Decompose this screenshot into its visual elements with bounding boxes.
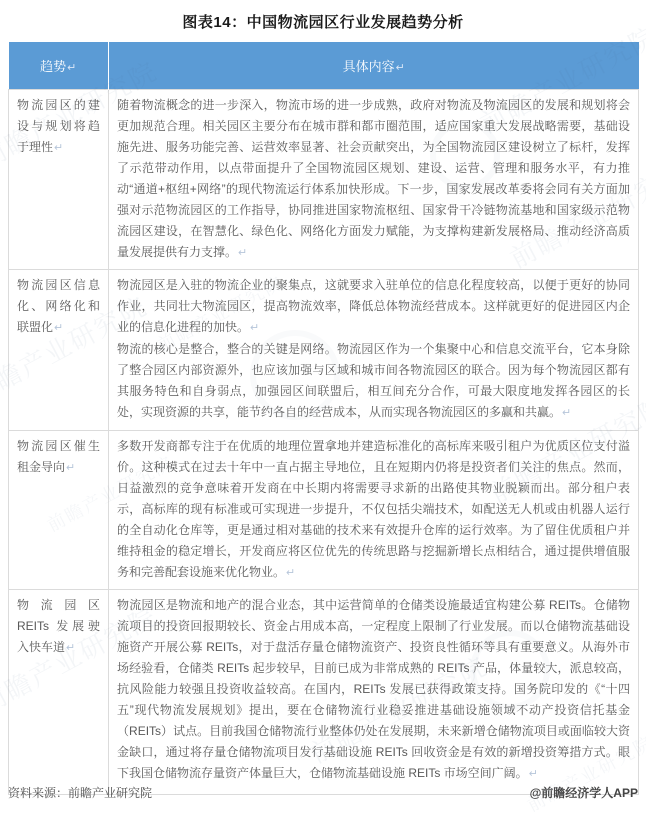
content-cell: 物流园区是入驻的物流企业的聚集点，这就要求入驻单位的信息化程度较高，以便于更好的… bbox=[109, 269, 639, 430]
content-cell: 随着物流概念的进一步深入，物流市场的进一步成熟，政府对物流及物流园区的发展和规划… bbox=[109, 89, 639, 269]
table-row: 物流园区 REITs 发展驶入快车道↵ 物流园区是物流和地产的混合业态，其中运营… bbox=[9, 589, 639, 794]
page-title: 图表14：中国物流园区行业发展趋势分析 bbox=[0, 0, 646, 32]
return-mark-icon: ↵ bbox=[53, 322, 63, 334]
return-mark-icon: ↵ bbox=[65, 642, 75, 654]
paragraph-text: 随着物流概念的进一步深入，物流市场的进一步成熟，政府对物流及物流园区的发展和规划… bbox=[117, 98, 630, 259]
trend-cell: 物流园区信息化、网络化和联盟化↵ bbox=[9, 269, 109, 430]
trend-label: 物流园区 REITs 发展驶入快车道 bbox=[17, 598, 100, 654]
return-mark-icon: ↵ bbox=[53, 142, 63, 154]
return-mark-icon: ↵ bbox=[249, 322, 259, 334]
table-row: 物流园区的建设与规划将趋于理性↵ 随着物流概念的进一步深入，物流市场的进一步成熟… bbox=[9, 89, 639, 269]
table-header-row: 趋势↵ 具体内容↵ bbox=[9, 42, 639, 89]
trend-cell: 物流园区 REITs 发展驶入快车道↵ bbox=[9, 589, 109, 794]
report-figure-page: 图表14：中国物流园区行业发展趋势分析 趋势↵ 具体内容↵ 物流园区的建设与规划… bbox=[0, 0, 646, 815]
credit-note: @前瞻经济学人APP bbox=[530, 784, 638, 801]
trend-analysis-table: 趋势↵ 具体内容↵ 物流园区的建设与规划将趋于理性↵ 随着物流概念的进一步深入，… bbox=[8, 42, 639, 795]
paragraph-text: 物流园区是物流和地产的混合业态，其中运营简单的仓储类设施最适宜构建公募 REIT… bbox=[117, 598, 630, 780]
paragraph: 物流园区是物流和地产的混合业态，其中运营简单的仓储类设施最适宜构建公募 REIT… bbox=[117, 595, 630, 785]
trend-cell: 物流园区的建设与规划将趋于理性↵ bbox=[9, 89, 109, 269]
paragraph: 物流园区是入驻的物流企业的聚集点，这就要求入驻单位的信息化程度较高，以便于更好的… bbox=[117, 275, 630, 339]
return-mark-icon: ↵ bbox=[237, 247, 247, 259]
header-label: 具体内容 bbox=[343, 59, 395, 74]
table-row: 物流园区信息化、网络化和联盟化↵ 物流园区是入驻的物流企业的聚集点，这就要求入驻… bbox=[9, 269, 639, 430]
trend-label: 物流园区催生租金导向 bbox=[17, 439, 100, 474]
paragraph: 物流的核心是整合，整合的关键是网络。物流园区作为一个集聚中心和信息交流平台，它本… bbox=[117, 339, 630, 424]
return-mark-icon: ↵ bbox=[66, 62, 76, 74]
return-mark-icon: ↵ bbox=[65, 462, 75, 474]
paragraph: 多数开发商都专注于在优质的地理位置拿地并建造标准化的高标库来吸引租户为优质区位支… bbox=[117, 436, 630, 584]
return-mark-icon: ↵ bbox=[285, 567, 295, 579]
return-mark-icon: ↵ bbox=[528, 768, 538, 780]
table-row: 物流园区催生租金导向↵ 多数开发商都专注于在优质的地理位置拿地并建造标准化的高标… bbox=[9, 430, 639, 589]
return-mark-icon: ↵ bbox=[561, 407, 571, 419]
content-cell: 多数开发商都专注于在优质的地理位置拿地并建造标准化的高标库来吸引租户为优质区位支… bbox=[109, 430, 639, 589]
header-label: 趋势 bbox=[40, 59, 66, 74]
return-mark-icon: ↵ bbox=[395, 62, 405, 74]
figure-footer: 资料来源：前瞻产业研究院 @前瞻经济学人APP bbox=[8, 784, 638, 801]
content-cell: 物流园区是物流和地产的混合业态，其中运营简单的仓储类设施最适宜构建公募 REIT… bbox=[109, 589, 639, 794]
source-note: 资料来源：前瞻产业研究院 bbox=[8, 784, 152, 801]
trend-cell: 物流园区催生租金导向↵ bbox=[9, 430, 109, 589]
paragraph: 随着物流概念的进一步深入，物流市场的进一步成熟，政府对物流及物流园区的发展和规划… bbox=[117, 95, 630, 264]
paragraph-text: 多数开发商都专注于在优质的地理位置拿地并建造标准化的高标库来吸引租户为优质区位支… bbox=[117, 439, 630, 579]
header-cell-trend: 趋势↵ bbox=[9, 42, 109, 89]
header-cell-content: 具体内容↵ bbox=[109, 42, 639, 89]
paragraph-text: 物流园区是入驻的物流企业的聚集点，这就要求入驻单位的信息化程度较高，以便于更好的… bbox=[117, 278, 630, 334]
paragraph-text: 物流的核心是整合，整合的关键是网络。物流园区作为一个集聚中心和信息交流平台，它本… bbox=[117, 342, 630, 419]
